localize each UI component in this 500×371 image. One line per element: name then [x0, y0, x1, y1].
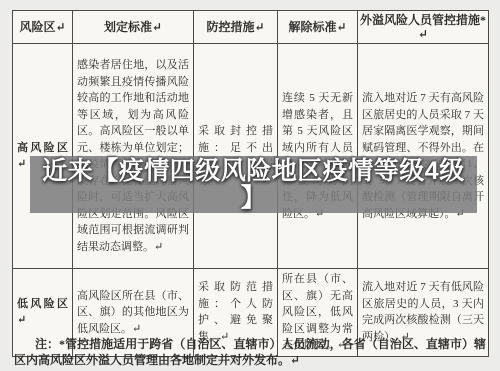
watermark-text-line1: 近来【疫情四级风险地区疫情等级4级 [42, 158, 464, 185]
col-header-risk-zone: 风险区↵ [13, 11, 73, 44]
footnote: 注：*管控措施适用于跨省（自治区、直辖市）人员流动，各省（自治区、直辖市）辖区内… [14, 336, 486, 368]
watermark-text-line2: 】 [241, 185, 267, 212]
col-header-measures: 防控措施↵ [194, 11, 278, 44]
col-header-release: 解除标准↵ [278, 11, 358, 44]
table-header-row: 风险区↵ 划定标准↵ 防控措施↵ 解除标准↵ 外溢风险人员管控措施*↵ [13, 11, 489, 44]
col-header-criteria: 划定标准↵ [73, 11, 194, 44]
col-header-spillover: 外溢风险人员管控措施*↵ [358, 11, 489, 44]
watermark-banner: 近来【疫情四级风险地区疫情等级4级 】 [30, 156, 477, 213]
